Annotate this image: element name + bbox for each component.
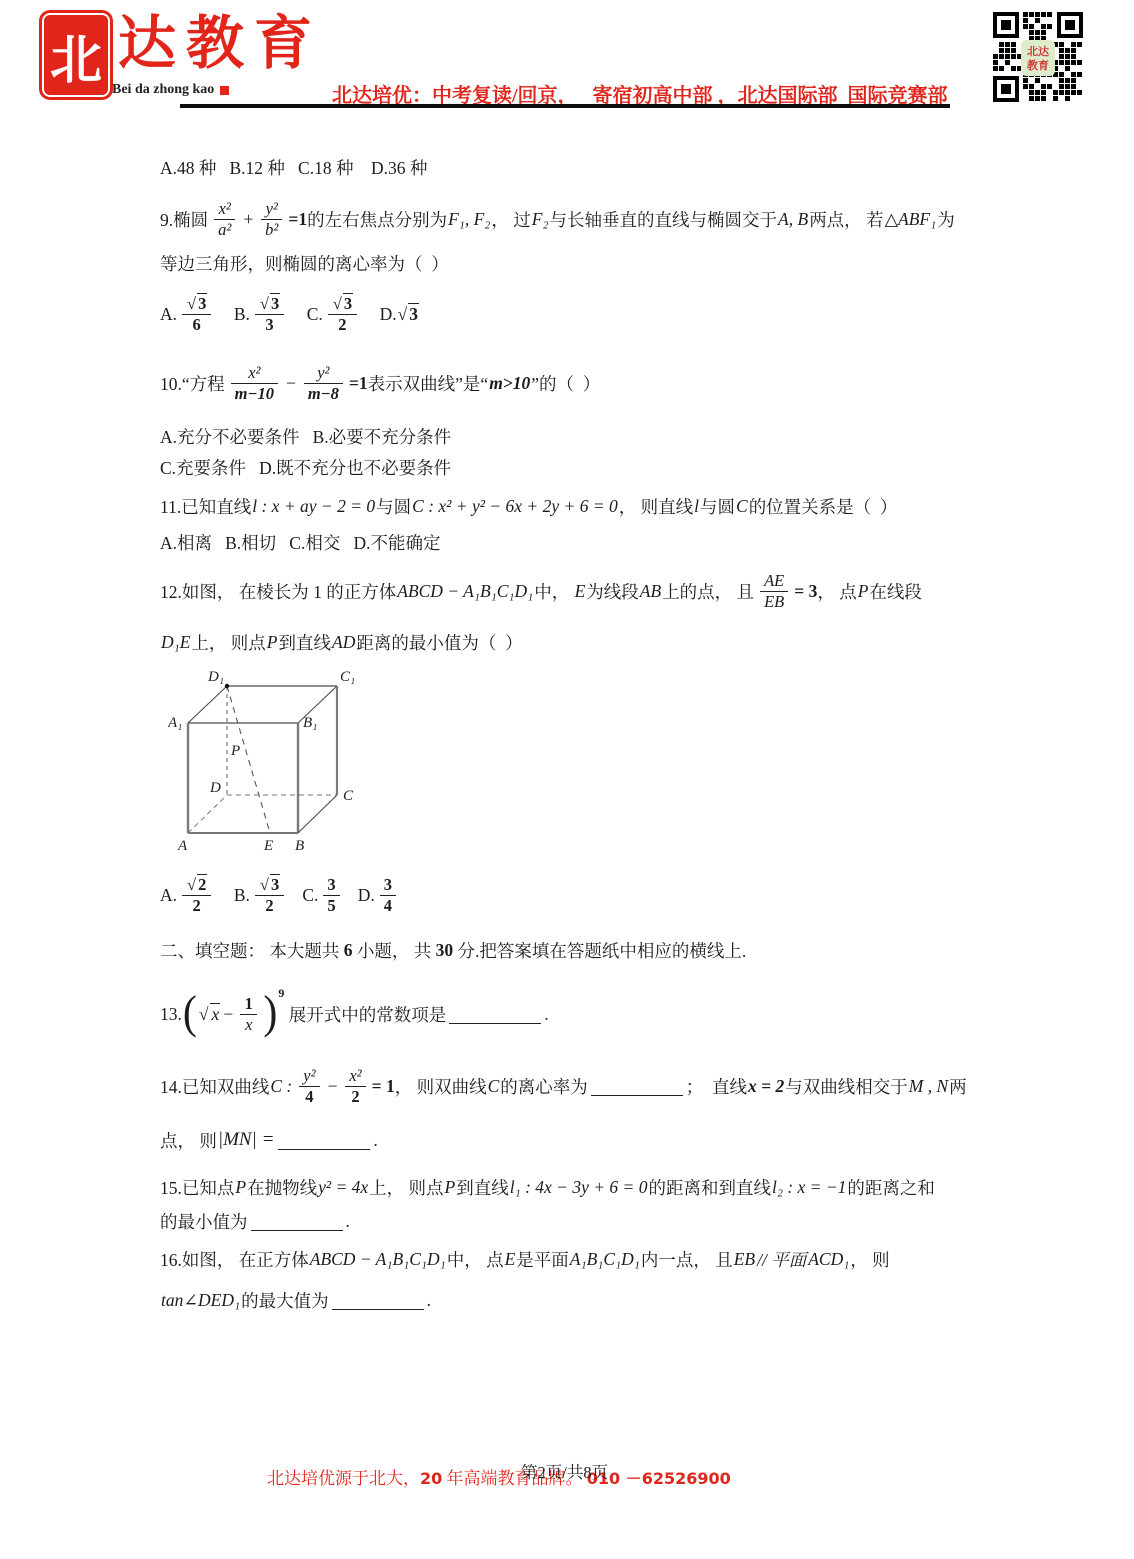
logo-seal: 北 <box>42 13 110 97</box>
label-a: A <box>177 838 188 854</box>
logo-square-icon <box>220 86 229 95</box>
label-e: E <box>263 838 273 854</box>
qr-center-line2: 教育 <box>1026 58 1049 72</box>
q9-text: 9.椭圆 <box>160 207 208 232</box>
math-ab: A, B <box>778 209 808 230</box>
cube-figure: D₁ C₁ A₁ B₁ D C A E B P <box>168 663 368 859</box>
fraction-y2-b2: y²b² <box>260 199 283 239</box>
fraction-sqrt2-2: √22 <box>182 875 211 915</box>
answer-blank <box>251 1211 343 1231</box>
parallel-plane-text: // 平面 <box>757 1247 806 1272</box>
fraction-sqrt3-2: √32 <box>255 875 284 915</box>
q13-stem: 13. ( √x − 1x ) 9 展开式中的常数项是 . <box>160 986 549 1042</box>
q8-options: A.48 种 B.12 种 C.18 种 D.36 种 <box>160 155 427 179</box>
page-number: 第2页/共8页 <box>521 1459 608 1483</box>
header-divider <box>180 104 950 108</box>
q8-options-text: A.48 种 B.12 种 C.18 种 D.36 种 <box>160 155 427 180</box>
minus-sign: − <box>327 1076 339 1097</box>
fraction-sqrt3-3: √33 <box>255 294 284 334</box>
edge-ad-dashed <box>188 795 227 833</box>
logo-seal-char: 北 <box>50 18 102 93</box>
exponent-9: 9 <box>278 986 284 1001</box>
math-abf1: △ABF₁ <box>885 209 937 230</box>
label-d1: D₁ <box>207 669 224 685</box>
q9-stem-line2: 等边三角形，则椭圆的离心率为（ ） <box>160 251 449 275</box>
qr-finder-bottom-left <box>993 76 1019 102</box>
q12-options: A. √22 B. √32 C. 35 D. 34 <box>160 869 401 921</box>
math-f1f2: F₁, F₂ <box>448 209 490 230</box>
fraction-x2-2: x²2 <box>344 1066 366 1106</box>
qr-finder-top-left <box>993 12 1019 38</box>
footer-slogan: 北达培优源于北大，20 年高端教育品牌。 010 －62526900 <box>250 1444 731 1509</box>
answer-blank <box>449 1004 541 1024</box>
math-m-gt-10: m>10 <box>489 373 530 394</box>
q9-options: A. √36 B. √33 C. √32 D. √3 <box>160 288 419 340</box>
label-c1: C₁ <box>340 669 355 685</box>
q11-options: A.相离 B.相切 C.相交 D.不能确定 <box>160 530 441 554</box>
label-d: D <box>209 780 221 796</box>
q12-stem-line2: D₁E 上， 则点 P 到直线 AD 距离的最小值为（ ） <box>160 630 523 654</box>
q14-stem-line2: 点， 则 |MN| = . <box>160 1125 378 1155</box>
q14-stem: 14.已知双曲线 C : y²4 − x²2 = 1 ， 则双曲线 C 的离心率… <box>160 1059 967 1113</box>
sqrt-sign: √ <box>199 1004 209 1025</box>
logo-brand-text: 达教育 <box>118 8 322 80</box>
cube-name: ABCD − A₁B₁C₁D₁ <box>397 581 533 602</box>
sqrt-sign: √ <box>398 304 408 325</box>
cube-name: ABCD − A₁B₁C₁D₁ <box>310 1249 446 1270</box>
footer-phone: 010 －62526900 <box>587 1469 731 1488</box>
equals-one: = 1 <box>372 1076 395 1097</box>
q16-stem: 16.如图， 在正方体 ABCD − A₁B₁C₁D₁ 中， 点 E 是平面 A… <box>160 1247 890 1271</box>
plus-sign: + <box>242 209 254 230</box>
q11-stem: 11.已知直线 l : x + ay − 2 = 0 与圆 C : x² + y… <box>160 492 897 520</box>
label-a1: A₁ <box>168 715 182 731</box>
sqrt-x-radicand: x <box>210 1003 220 1025</box>
circle-equation: C : x² + y² − 6x + 2y + 6 = 0 <box>412 496 618 517</box>
logo-subtitle-text: Bei da zhong kao <box>112 82 214 98</box>
fraction-3-5: 35 <box>323 875 339 915</box>
q15-stem: 15.已知点 P 在抛物线 y² = 4x 上， 则点 P 到直线 l₁ : 4… <box>160 1173 935 1201</box>
edge-a1d1 <box>188 686 227 723</box>
answer-blank <box>332 1290 424 1310</box>
sqrt-sign: √ <box>187 294 196 313</box>
line-equation: l : x + ay − 2 = 0 <box>252 496 375 517</box>
equals-one: =1 <box>288 209 307 230</box>
qr-code: 北达 教育 <box>993 12 1083 104</box>
answer-blank <box>278 1130 370 1150</box>
edge-bc <box>298 795 337 833</box>
fraction-sqrt3-2: √32 <box>328 294 357 334</box>
fraction-ae-eb: AEEB <box>759 571 789 611</box>
fraction-x2-a2: x²a² <box>213 199 236 239</box>
q10-options-ab: A.充分不必要条件 B.必要不充分条件 <box>160 424 451 448</box>
vertex-d1-dot <box>225 684 229 688</box>
fraction-1-x: 1x <box>240 994 257 1034</box>
q16-stem-line2: tan∠DED₁ 的最大值为 . <box>160 1288 431 1312</box>
parabola-equation: y² = 4x <box>318 1177 368 1198</box>
big-paren-right: ) <box>263 993 277 1035</box>
equals-three: = 3 <box>794 581 817 602</box>
fraction-3-4: 34 <box>380 875 396 915</box>
equals-one: =1 <box>349 373 368 394</box>
fraction-y2-4: y²4 <box>298 1066 320 1106</box>
qr-finder-top-right <box>1057 12 1083 38</box>
minus-sign: − <box>285 373 297 394</box>
q9-stem: 9.椭圆 x²a² + y²b² =1 的左右焦点分别为 F₁, F₂ ， 过 … <box>160 192 955 246</box>
fraction-sqrt3-6: √36 <box>182 294 211 334</box>
label-p: P <box>230 743 240 759</box>
answer-blank <box>591 1076 683 1096</box>
segment-d1e: D₁E <box>161 632 190 653</box>
qr-center-label: 北达 教育 <box>1021 40 1055 76</box>
fraction-x2-m10: x²m−10 <box>230 363 279 403</box>
sqrt3-radicand: 3 <box>408 303 419 325</box>
q10-stem: 10.“方程 x²m−10 − y²m−8 =1 表示双曲线”是“ m>10 ”… <box>160 357 600 409</box>
qr-center-line1: 北达 <box>1027 44 1049 58</box>
label-b: B <box>295 838 304 854</box>
tan-angle-expr: tan∠DED₁ <box>161 1290 240 1311</box>
exam-page: 北 达教育 Bei da zhong kao 北达培优：中考复读/回京， 寄宿初… <box>0 0 1134 1559</box>
math-f2: F₂ <box>532 209 549 230</box>
fraction-y2-m8: y²m−8 <box>303 363 344 403</box>
label-c: C <box>343 788 354 804</box>
logo-subtitle: Bei da zhong kao <box>112 82 229 98</box>
big-paren-left: ( <box>183 993 197 1035</box>
q10-options-cd: C.充要条件 D.既不充分也不必要条件 <box>160 455 451 479</box>
q15-stem-line2: 的最小值为 . <box>160 1209 350 1233</box>
line-d1e-dashed <box>227 686 270 833</box>
q12-stem: 12.如图， 在棱长为 1 的正方体 ABCD − A₁B₁C₁D₁ 中， E … <box>160 564 922 618</box>
line-l2-equation: l₂ : x = −1 <box>772 1177 846 1198</box>
label-b1: B₁ <box>303 715 317 731</box>
section2-header: 二、填空题： 本大题共 6 小题， 共 30 分.把答案填在答题纸中相应的横线上… <box>160 938 746 962</box>
minus-sign: − <box>222 1004 234 1025</box>
line-l1-equation: l₁ : 4x − 3y + 6 = 0 <box>510 1177 648 1198</box>
mn-length: |MN| = <box>218 1129 275 1151</box>
